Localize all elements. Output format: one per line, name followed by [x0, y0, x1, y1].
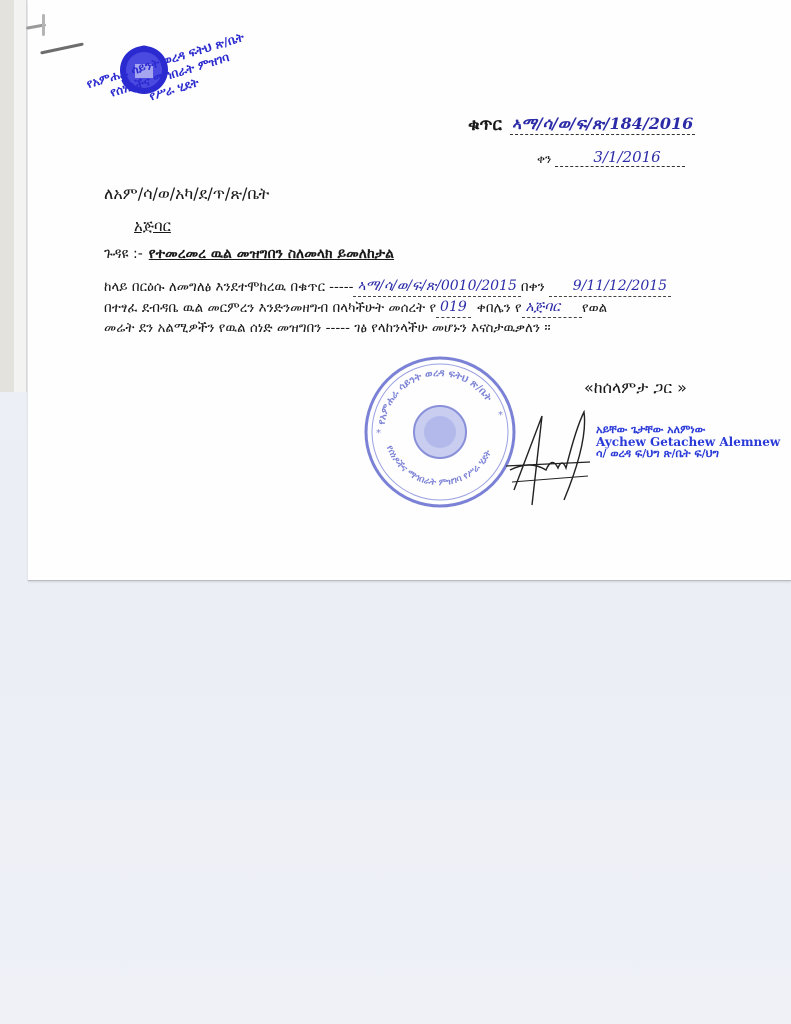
- body-line: መሬት ደን አልሚዎችን የዉል ሰነድ መዝግበን ----- ገፅ የላከ…: [104, 318, 714, 338]
- signature-icon: [502, 410, 592, 510]
- closing-salutation: «ከሰላምታ ጋር »: [584, 378, 687, 398]
- date-value: 3/1/2016: [555, 148, 684, 167]
- body-text: በቀን: [521, 277, 545, 297]
- body-line: በተፃፈ ደብዳቤ ዉል መርምረን እንድንመዘግብ በላካችሁት መሰረት …: [104, 297, 714, 318]
- date-label: ቀን: [537, 152, 551, 167]
- staple-mark: [42, 14, 45, 36]
- handwritten-reference: ኣማ/ሳ/ወ/ፍ/ጽ/0010/2015: [353, 276, 520, 297]
- letter-body: ከላይ በርዕሱ ለመግለፅ እንደተሞከረዉ በቁጥር ----- ኣማ/ሳ/…: [104, 276, 714, 338]
- attention-line: አጅባር: [134, 217, 171, 235]
- subject-line: ጉዳዩ :- የተመረመረ ዉል መዝግበን ስለመላክ ይመለከታል: [104, 246, 394, 262]
- handwritten-date: 9/11/12/2015: [549, 276, 671, 297]
- official-seal-icon: * * የአምሐራ ሳይንት ወረዳ ፍትህ ጽ/ቤት የሰነዶችና ማኅበራት…: [362, 354, 518, 510]
- page-edge-inner: [14, 0, 27, 392]
- body-text: ቀበሌን የ: [477, 298, 522, 318]
- addressee: ለአም/ሳ/ወ/አካ/ደ/ጥ/ጽ/ቤት: [104, 184, 269, 204]
- body-line: ከላይ በርዕሱ ለመግለፅ እንደተሞከረዉ በቁጥር ----- ኣማ/ሳ/…: [104, 276, 714, 297]
- reference-number: ቁጥር ኣማ/ሳ/ወ/ፍ/ጽ/184/2016: [468, 114, 695, 135]
- reference-label: ቁጥር: [468, 115, 502, 135]
- letter-date: ቀን 3/1/2016: [537, 148, 685, 167]
- handwritten-place: አጅባር: [522, 297, 582, 318]
- reference-value: ኣማ/ሳ/ወ/ፍ/ጽ/184/2016: [510, 114, 695, 135]
- signer-title: ሳ/ ወረዳ ፍ/ህግ ጽ/ቤት ፍ/ህግ: [596, 448, 780, 460]
- handwritten-number: 019: [436, 297, 471, 318]
- subject-label: ጉዳዩ :-: [104, 246, 143, 262]
- body-text: ከላይ በርዕሱ ለመግለፅ እንደተሞከረዉ በቁጥር: [104, 277, 325, 297]
- subject-value: የተመረመረ ዉል መዝግበን ስለመላክ ይመለከታል: [149, 246, 394, 262]
- svg-text:*: *: [376, 428, 381, 439]
- body-text: የወል: [582, 298, 607, 318]
- signer-stamp: አይቸው ጌታቸው አለምነው Aychew Getachew Alemnew …: [596, 424, 780, 460]
- page-edge: [0, 0, 15, 392]
- body-text: መሬት ደን አልሚዎችን የዉል ሰነድ መዝግበን ----- ገፅ የላከ…: [104, 318, 551, 338]
- body-text: በተፃፈ ደብዳቤ ዉል መርምረን እንድንመዘግብ በላካችሁት መሰረት …: [104, 298, 436, 318]
